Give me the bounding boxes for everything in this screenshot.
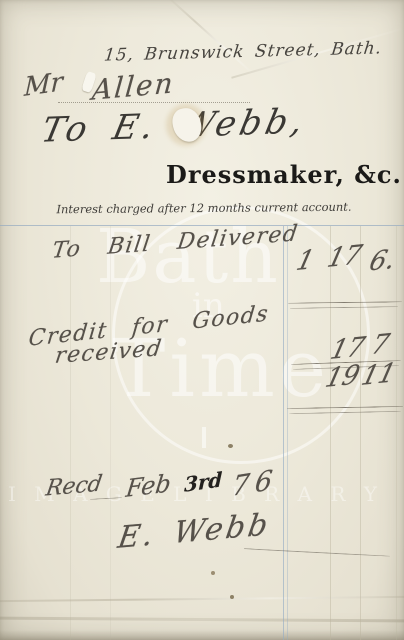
signature-flourish [244, 548, 390, 557]
receipt-year: 76 [230, 464, 280, 503]
pence-column-rule [360, 226, 361, 640]
cash-column-rule-blue-2 [287, 226, 288, 640]
crease-bottom-1 [0, 596, 404, 602]
crease-top-right-1 [165, 0, 256, 76]
total-line-a [287, 406, 403, 409]
receipt-prefix: Recd [44, 471, 104, 501]
ledger-row1-description: To Bill Delivered [51, 221, 301, 264]
total-line-b [289, 411, 401, 414]
receipt-month: Feb [124, 469, 172, 503]
right-edge-rule [396, 226, 397, 640]
horizontal-rule-blue [0, 225, 404, 226]
fox-speck-1 [228, 444, 233, 448]
invoice-scan: Bath in Time I M A G E L I B R A R Y 15,… [0, 0, 404, 640]
bottom-edge-shadow [0, 630, 404, 640]
fox-speck-3 [230, 595, 234, 599]
cash-column-rule-blue-1 [283, 226, 284, 640]
shillings-column-rule [330, 226, 331, 640]
ledger-row1-pounds: 1 [293, 245, 317, 278]
sum-line-1b [290, 306, 398, 309]
ledger-row1-pence: 6. [366, 244, 398, 278]
sum-line-1a [288, 301, 402, 303]
ledger-row2-pence: 7 [368, 329, 392, 362]
customer-dotted-rule [58, 92, 250, 103]
left-margin-rule-1 [70, 226, 71, 640]
watermark-tick [202, 427, 206, 448]
crease-bottom-2 [0, 617, 404, 623]
fox-speck-2 [211, 571, 215, 575]
ledger-total-pence: 11 [358, 358, 399, 392]
trade-line: Dressmaker, &c. [166, 160, 402, 189]
address-line: 15, Brunswick Street, Bath. [103, 38, 383, 65]
receipt-dash [90, 497, 122, 500]
receipt-day: 3rd [184, 467, 223, 497]
ledger-row1-shillings: 17 [324, 240, 365, 274]
ledger-total-shillings: 19 [322, 360, 363, 394]
left-margin-rule-2 [110, 226, 111, 640]
terms-line: Interest charged after 12 months current… [54, 200, 354, 217]
